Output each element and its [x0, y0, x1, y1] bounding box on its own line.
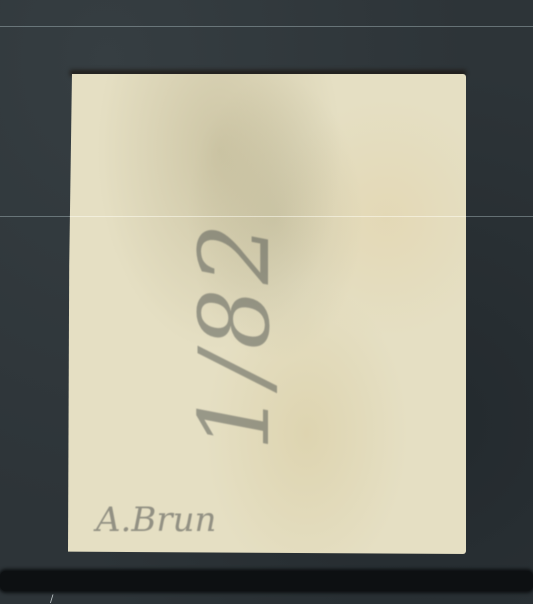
pencil-numeral-annotation: 1/82: [179, 219, 291, 451]
stockcard-black-band: [0, 571, 533, 591]
stamp-crease-line: [68, 216, 466, 217]
corner-mark: /: [50, 594, 58, 604]
expert-signature: A.Brun: [96, 500, 216, 540]
stockcard-strip-line-top: [0, 26, 533, 27]
